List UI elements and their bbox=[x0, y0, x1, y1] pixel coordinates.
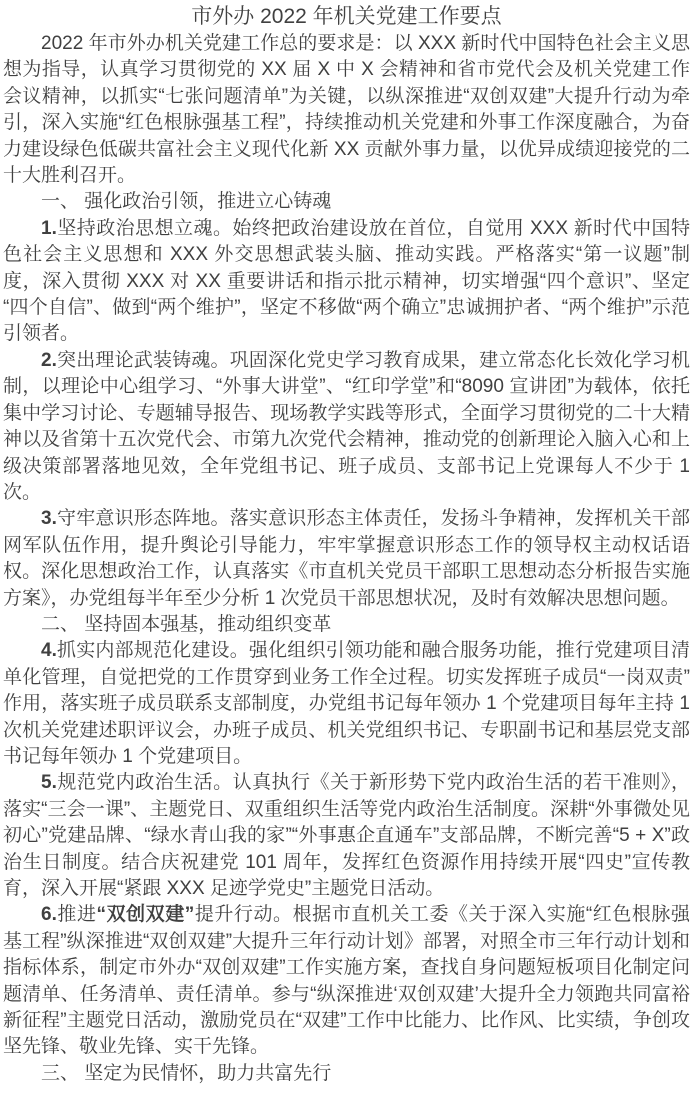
work-item-4: 4.抓实内部规范化建设。强化组织引领功能和融合服务功能，推行党建项目清单化管理，… bbox=[3, 638, 690, 770]
work-item-1: 1.坚持政治思想立魂。始终把政治建设放在首位，自觉用 XXX 新时代中国特色社会… bbox=[3, 216, 690, 348]
text-segment: 守牢意识形态阵地。落实意识形态主体责任，发扬斗争精神，发挥机关干部网军队伍作用，… bbox=[3, 508, 690, 608]
text-segment: 二、 坚持固本强基，推动组织变革 bbox=[41, 614, 331, 635]
text-segment: 提升行动。根据市直机关工委《关于深入实施“红色根脉强基工程”纵深推进“双创双建”… bbox=[3, 904, 690, 1057]
work-item-3: 3.守牢意识形态阵地。落实意识形态主体责任，发扬斗争精神，发挥机关干部网军队伍作… bbox=[3, 506, 690, 612]
work-item-5: 5.规范党内政治生活。认真执行《关于新形势下党内政治生活的若干准则》，落实“三会… bbox=[3, 770, 690, 902]
text-segment: 坚持政治思想立魂。始终把政治建设放在首位，自觉用 XXX 新时代中国特色社会主义… bbox=[3, 218, 690, 345]
emphasis-segment: 5. bbox=[41, 772, 57, 793]
section-heading-3: 三、 坚定为民情怀，助力共富先行 bbox=[3, 1061, 690, 1087]
work-item-6: 6.推进“双创双建”提升行动。根据市直机关工委《关于深入实施“红色根脉强基工程”… bbox=[3, 902, 690, 1060]
document-title: 市外办 2022 年机关党建工作要点 bbox=[3, 2, 690, 31]
text-segment: 推进 bbox=[57, 904, 97, 925]
work-item-2: 2.突出理论武装铸魂。巩固深化党史学习教育成果，建立常态化长效化学习机制，以理论… bbox=[3, 348, 690, 506]
emphasis-segment: “双创双建” bbox=[97, 904, 195, 925]
emphasis-segment: 1. bbox=[41, 218, 57, 239]
text-segment: 一、 强化政治引领，推进立心铸魂 bbox=[41, 191, 331, 212]
section-heading-1: 一、 强化政治引领，推进立心铸魂 bbox=[3, 189, 690, 215]
intro-paragraph: 2022 年市外办机关党建工作总的要求是：以 XXX 新时代中国特色社会主义思想… bbox=[3, 31, 690, 189]
emphasis-segment: 3. bbox=[41, 508, 57, 529]
document-page: 市外办 2022 年机关党建工作要点 2022 年市外办机关党建工作总的要求是：… bbox=[0, 0, 693, 1097]
section-heading-2: 二、 坚持固本强基，推动组织变革 bbox=[3, 612, 690, 638]
emphasis-segment: 6. bbox=[41, 904, 57, 925]
emphasis-segment: 4. bbox=[41, 640, 57, 661]
text-segment: 2022 年市外办机关党建工作总的要求是：以 XXX 新时代中国特色社会主义思想… bbox=[3, 33, 690, 186]
text-segment: 抓实内部规范化建设。强化组织引领功能和融合服务功能，推行党建项目清单化管理，自觉… bbox=[3, 640, 690, 767]
emphasis-segment: 2. bbox=[41, 350, 57, 371]
document-body: 2022 年市外办机关党建工作总的要求是：以 XXX 新时代中国特色社会主义思想… bbox=[3, 31, 690, 1087]
text-segment: 规范党内政治生活。认真执行《关于新形势下党内政治生活的若干准则》，落实“三会一课… bbox=[3, 772, 690, 899]
text-segment: 突出理论武装铸魂。巩固深化党史学习教育成果，建立常态化长效化学习机制，以理论中心… bbox=[3, 350, 690, 503]
text-segment: 三、 坚定为民情怀，助力共富先行 bbox=[41, 1063, 331, 1084]
